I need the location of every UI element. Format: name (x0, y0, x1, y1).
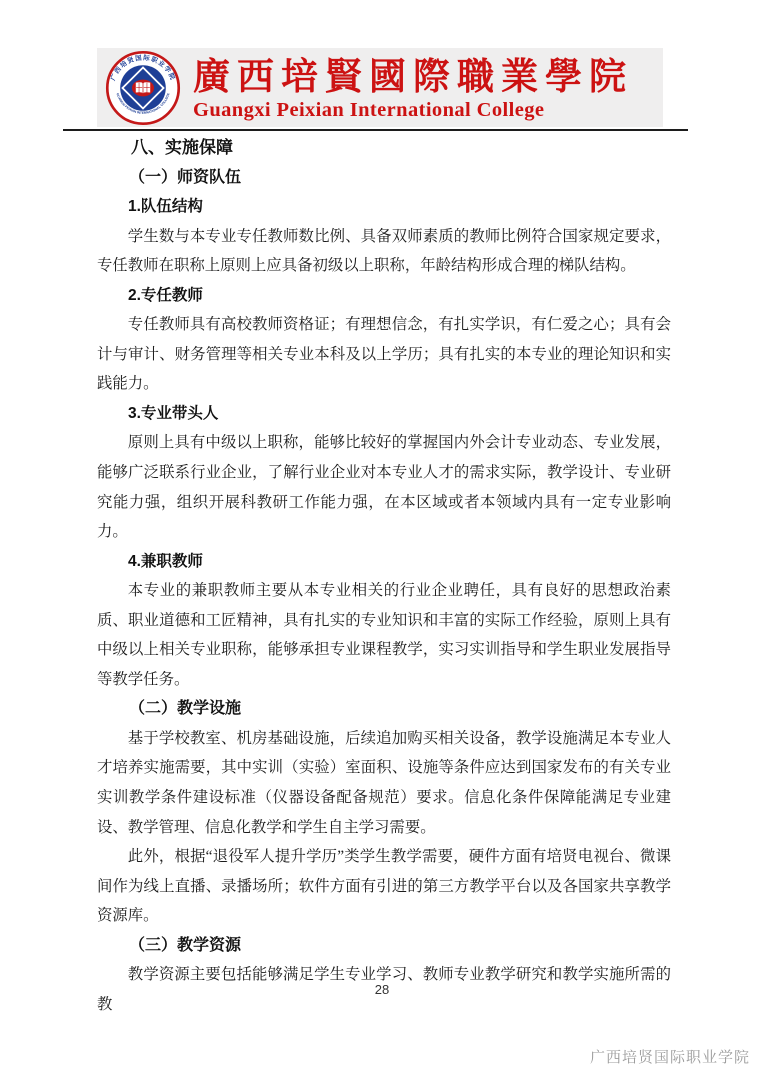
college-logo-icon: 广西培贤国际职业学院 GUANGXI PEIXIAN INTERNATIONAL… (105, 50, 181, 126)
document-body: 八、实施保障（一）师资队伍1.队伍结构学生数与本专业专任教师数比例、具备双师素质… (97, 133, 671, 1019)
paragraph: 基于学校教室、机房基础设施，后续追加购买相关设备，教学设施满足本专业人才培养实施… (97, 724, 671, 842)
paragraph: 专任教师具有高校教师资格证；有理想信念，有扎实学识，有仁爱之心；具有会计与审计、… (97, 310, 671, 399)
document-page: { "header": { "title_zh": "廣西培賢國際職業學院", … (0, 0, 764, 1080)
section-heading: 4.兼职教师 (97, 547, 671, 577)
college-title-en: Guangxi Peixian International College (193, 99, 544, 122)
college-header-banner: 广西培贤国际职业学院 GUANGXI PEIXIAN INTERNATIONAL… (97, 48, 663, 127)
section-heading: （二）教学设施 (97, 694, 671, 724)
paragraph: 本专业的兼职教师主要从本专业相关的行业企业聘任，具有良好的思想政治素质、职业道德… (97, 576, 671, 694)
paragraph: 学生数与本专业专任教师数比例、具备双师素质的教师比例符合国家规定要求，专任教师在… (97, 222, 671, 281)
section-heading: （三）教学资源 (97, 931, 671, 961)
college-titles: 廣西培賢國際職業學院 Guangxi Peixian International… (193, 54, 633, 122)
section-heading: 3.专业带头人 (97, 399, 671, 429)
page-number: 28 (0, 982, 764, 997)
section-heading: 八、实施保障 (97, 133, 671, 163)
footer-watermark: 广西培贤国际职业学院 (590, 1046, 750, 1067)
section-heading: （一）师资队伍 (97, 163, 671, 193)
section-heading: 1.队伍结构 (97, 192, 671, 222)
section-heading: 2.专任教师 (97, 281, 671, 311)
college-title-zh: 廣西培賢國際職業學院 (193, 54, 633, 98)
paragraph: 此外，根据“退役军人提升学历”类学生教学需要，硬件方面有培贤电视台、微课间作为线… (97, 842, 671, 931)
paragraph: 原则上具有中级以上职称，能够比较好的掌握国内外会计专业动态、专业发展，能够广泛联… (97, 428, 671, 546)
header-divider (63, 129, 688, 131)
